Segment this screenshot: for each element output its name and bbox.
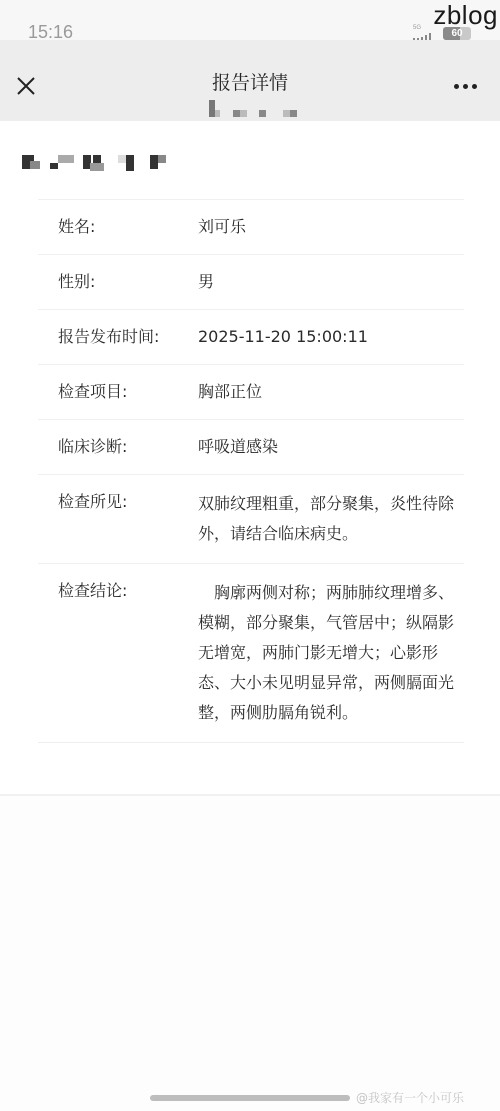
more-button[interactable] — [450, 78, 480, 94]
status-bar: 15:16 5G 60 zblog — [0, 0, 500, 40]
page-title: 报告详情 — [0, 68, 500, 95]
field-findings: 检查所见: 双肺纹理粗重，部分聚集，炎性待除外，请结合临床病史。 — [38, 474, 464, 563]
redacted-subtitle — [207, 100, 307, 118]
exam-conclusion: 胸廓两侧对称；两肺肺纹理增多、模糊，部分聚集，气管居中；纵隔影无增宽，两肺门影无… — [198, 578, 464, 728]
watermark: zblog — [433, 0, 498, 31]
report-fields: 姓名: 刘可乐 性别: 男 报告发布时间: 2025-11-20 15:00:1… — [38, 199, 464, 743]
field-name: 姓名: 刘可乐 — [38, 199, 464, 254]
redacted-hospital-name — [20, 153, 180, 171]
home-indicator[interactable] — [150, 1095, 350, 1101]
field-clinical-diagnosis: 临床诊断: 呼吸道感染 — [38, 419, 464, 474]
patient-name: 刘可乐 — [198, 214, 464, 240]
clinical-diagnosis: 呼吸道感染 — [198, 434, 464, 460]
field-conclusion: 检查结论: 胸廓两侧对称；两肺肺纹理增多、模糊，部分聚集，气管居中；纵隔影无增宽… — [38, 563, 464, 743]
field-gender: 性别: 男 — [38, 254, 464, 309]
report-card: 姓名: 刘可乐 性别: 男 报告发布时间: 2025-11-20 15:00:1… — [0, 120, 500, 796]
more-icon — [454, 84, 459, 89]
exam-findings: 双肺纹理粗重，部分聚集，炎性待除外，请结合临床病史。 — [198, 489, 464, 549]
patient-gender: 男 — [198, 269, 464, 295]
weibo-watermark: @我家有一个小可乐 — [356, 1089, 464, 1106]
exam-item: 胸部正位 — [198, 379, 464, 405]
field-exam-item: 检查项目: 胸部正位 — [38, 364, 464, 419]
field-publish-time: 报告发布时间: 2025-11-20 15:00:11 — [38, 309, 464, 364]
publish-time: 2025-11-20 15:00:11 — [198, 324, 464, 350]
navigation-bar: 报告详情 — [0, 40, 500, 120]
